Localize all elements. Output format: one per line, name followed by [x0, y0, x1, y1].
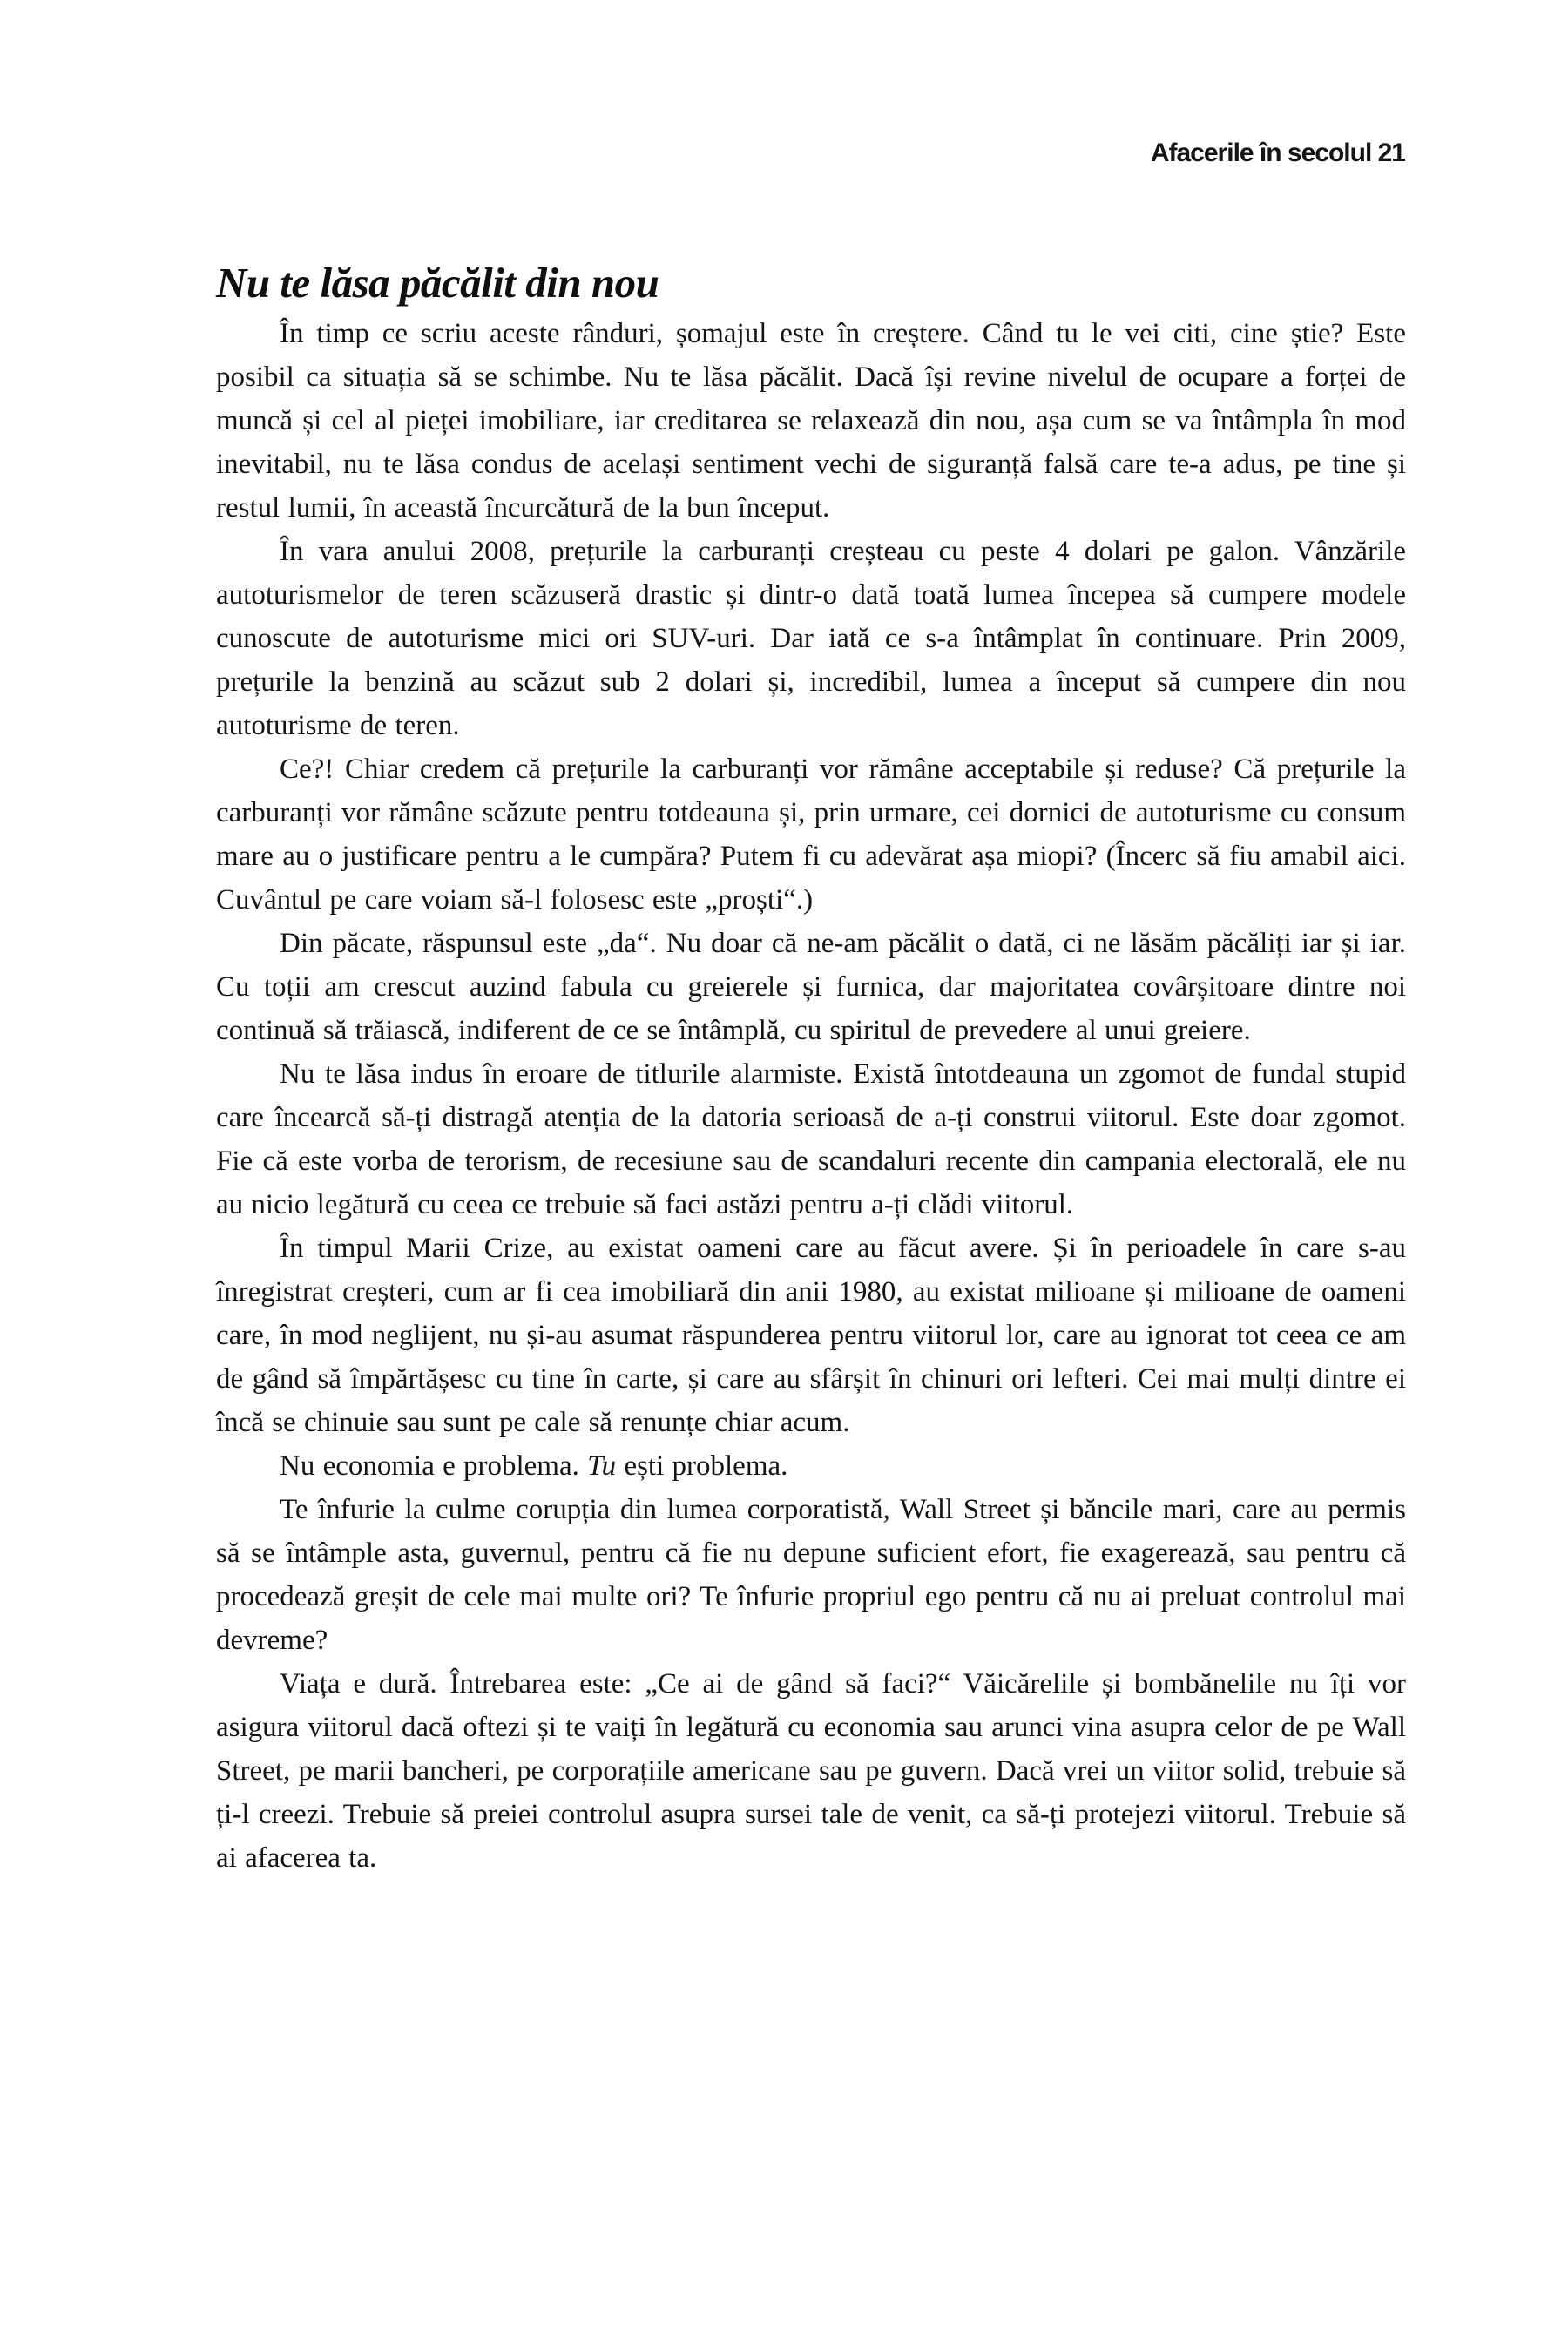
paragraph: Viața e dură. Întrebarea este: „Ce ai de…	[216, 1662, 1406, 1880]
paragraph: În vara anului 2008, prețurile la carbur…	[216, 530, 1406, 747]
paragraph: În timp ce scriu aceste rânduri, șomajul…	[216, 312, 1406, 530]
paragraph: Te înfurie la culme corupția din lumea c…	[216, 1488, 1406, 1662]
paragraph: Nu te lăsa indus în eroare de titlurile …	[216, 1052, 1406, 1227]
section-heading: Nu te lăsa păcălit din nou	[216, 260, 1406, 307]
running-head: Afacerile în secolul 21	[1151, 138, 1405, 169]
paragraph: Nu economia e problema. Tu ești problema…	[216, 1444, 1406, 1488]
page-content: Nu te lăsa păcălit din nou În timp ce sc…	[216, 260, 1406, 1880]
paragraphs: În timp ce scriu aceste rânduri, șomajul…	[216, 312, 1406, 1880]
book-page: Afacerile în secolul 21 Nu te lăsa păcăl…	[0, 0, 1568, 2352]
italic-word: Tu	[587, 1450, 616, 1482]
paragraph-text: ești problema.	[616, 1450, 787, 1482]
paragraph: În timpul Marii Crize, au existat oameni…	[216, 1227, 1406, 1444]
paragraph-text: Nu economia e problema.	[280, 1450, 587, 1482]
paragraph: Ce?! Chiar credem că prețurile la carbur…	[216, 747, 1406, 922]
paragraph: Din păcate, răspunsul este „da“. Nu doar…	[216, 922, 1406, 1052]
